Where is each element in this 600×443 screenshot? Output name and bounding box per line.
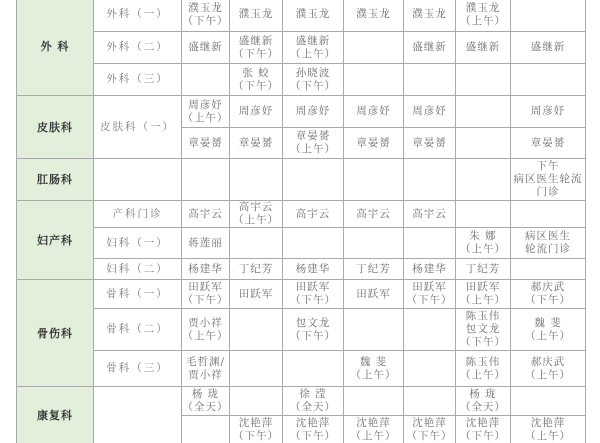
schedule-cell: [182, 159, 230, 201]
doctor-text: 沈艳萍: [511, 417, 585, 430]
department-cell: 骨伤科: [17, 280, 94, 387]
doctor-text: （上午）: [182, 330, 229, 343]
schedule-cell: 盛继新: [456, 32, 511, 64]
doctor-text: 周彦妤: [182, 99, 229, 112]
schedule-cell: 魏 斐（上午）: [511, 309, 586, 351]
doctor-text: （全天）: [182, 401, 229, 414]
schedule-cell: [182, 416, 230, 443]
schedule-cell: [404, 159, 456, 201]
schedule-cell: [344, 228, 404, 259]
subdepartment-cell: 外科（一）: [94, 0, 182, 32]
schedule-cell: 杨建华: [404, 259, 456, 280]
subdepartment-cell: 产科门诊: [94, 201, 182, 228]
schedule-cell: 濮玉龙: [230, 0, 283, 32]
subdepartment-cell: 骨科（一）: [94, 280, 182, 309]
doctor-text: 魏 斐: [344, 356, 403, 369]
subdepartment-cell: [94, 159, 182, 201]
schedule-cell: [344, 387, 404, 416]
doctor-text: 孙晓波: [283, 67, 343, 80]
schedule-cell: 章晏赟（上午）: [283, 128, 344, 159]
schedule-cell: 沈艳萍（下午）: [283, 416, 344, 443]
doctor-text: （上午）: [511, 330, 585, 343]
schedule-cell: [456, 201, 511, 228]
subdepartment-cell: 骨科（二）: [94, 309, 182, 351]
doctor-text: 章晏赟: [404, 137, 455, 150]
schedule-body: 外 科外科（一）濮玉龙（下午）濮玉龙濮玉龙濮玉龙濮玉龙濮玉龙（上午）外科（二）盛…: [17, 0, 586, 443]
schedule-cell: [283, 159, 344, 201]
doctor-text: 沈艳萍: [283, 417, 343, 430]
schedule-cell: 魏 斐（上午）: [344, 351, 404, 387]
table-row: 妇科（二）杨建华丁纪芳杨建华丁纪芳杨建华丁纪芳: [17, 259, 586, 280]
doctor-text: 濮玉龙: [283, 8, 343, 21]
doctor-text: 盛继新: [511, 41, 585, 54]
schedule-cell: [456, 64, 511, 96]
doctor-text: 郝庆武: [511, 281, 585, 294]
table-row: 外 科外科（一）濮玉龙（下午）濮玉龙濮玉龙濮玉龙濮玉龙濮玉龙（上午）: [17, 0, 586, 32]
doctor-text: 章晏赟: [283, 130, 343, 143]
department-cell: 肛肠科: [17, 159, 94, 201]
doctor-text: 丁纪芳: [456, 263, 510, 276]
table-row: 康复科杨 珑（全天）徐 滢（全天）杨 珑（全天）: [17, 387, 586, 416]
schedule-cell: [511, 0, 586, 32]
doctor-text: （上午）: [456, 243, 510, 256]
doctor-text: 周彦妤: [404, 105, 455, 118]
doctor-text: 盛继新: [283, 35, 343, 48]
schedule-cell: [230, 309, 283, 351]
schedule-cell: 章晏赟: [182, 128, 230, 159]
schedule-cell: [456, 159, 511, 201]
schedule-cell: [511, 64, 586, 96]
schedule-cell: 朱 娜（上午）: [456, 228, 511, 259]
doctor-text: 高宇云: [404, 208, 455, 221]
schedule-cell: 杨 珑（全天）: [182, 387, 230, 416]
doctor-text: 贾小祥: [182, 369, 229, 382]
schedule-cell: 周彦妤: [230, 96, 283, 128]
doctor-text: 包文龙: [283, 317, 343, 330]
schedule-cell: 濮玉龙: [404, 0, 456, 32]
schedule-cell: 丁纪芳: [456, 259, 511, 280]
doctor-text: 杨 珑: [456, 388, 510, 401]
doctor-text: 魏 斐: [511, 317, 585, 330]
schedule-cell: 章晏赟: [404, 128, 456, 159]
doctor-text: 田跃军: [283, 281, 343, 294]
schedule-cell: [404, 387, 456, 416]
schedule-cell: [456, 96, 511, 128]
schedule-cell: 沈艳萍（下午）: [404, 416, 456, 443]
schedule-cell: 盛继新（下午）: [230, 32, 283, 64]
department-cell: 皮肤科: [17, 96, 94, 159]
schedule-cell: 张 蛟（下午）: [230, 64, 283, 96]
schedule-cell: 贾小祥（上午）: [182, 309, 230, 351]
schedule-cell: 杨建华: [283, 259, 344, 280]
doctor-text: （上午）: [456, 369, 510, 382]
subdepartment-cell: 外科（二）: [94, 32, 182, 64]
doctor-text: 徐 滢: [283, 388, 343, 401]
doctor-text: 盛继新: [404, 41, 455, 54]
table-row: 骨科（二）贾小祥（上午）包文龙（下午）陈玉伟包文龙（下午）魏 斐（上午）: [17, 309, 586, 351]
schedule-cell: 杨建华: [182, 259, 230, 280]
doctor-text: 田跃军: [456, 281, 510, 294]
doctor-text: （全天）: [456, 401, 510, 414]
doctor-text: 濮玉龙: [404, 8, 455, 21]
schedule-cell: 盛继新（上午）: [283, 32, 344, 64]
schedule-cell: 田跃军: [344, 280, 404, 309]
doctor-text: 周彦妤: [344, 105, 403, 118]
doctor-text: 高宇云: [344, 208, 403, 221]
subdepartment-cell: 骨科（三）: [94, 351, 182, 387]
schedule-cell: 陈玉伟包文龙（下午）: [456, 309, 511, 351]
doctor-text: 病区医生轮流: [511, 173, 585, 186]
subdepartment-cell: [94, 387, 182, 443]
schedule-cell: 濮玉龙: [283, 0, 344, 32]
doctor-text: 田跃军: [230, 288, 282, 301]
schedule-cell: 沈艳萍（下午）: [230, 416, 283, 443]
doctor-text: 贾小祥: [182, 317, 229, 330]
schedule-cell: 田跃军（上午）: [456, 280, 511, 309]
doctor-text: （下午）: [182, 294, 229, 307]
doctor-text: 蒋莲丽: [182, 237, 229, 250]
doctor-text: 门诊: [511, 186, 585, 199]
table-row: 骨伤科骨科（一）田跃军（下午）田跃军田跃军（下午）田跃军田跃军（下午）田跃军（上…: [17, 280, 586, 309]
doctor-text: 陈玉伟: [456, 356, 510, 369]
doctor-text: （上午）: [283, 48, 343, 61]
doctor-text: （下午）: [230, 48, 282, 61]
schedule-cell: 濮玉龙（上午）: [456, 0, 511, 32]
doctor-text: （上午）: [511, 430, 585, 443]
table-row: 妇科（一）蒋莲丽朱 娜（上午）病区医生轮流门诊: [17, 228, 586, 259]
schedule-cell: 包文龙（下午）: [283, 309, 344, 351]
schedule-cell: [511, 201, 586, 228]
schedule-cell: 章晏赟: [511, 128, 586, 159]
schedule-cell: [456, 128, 511, 159]
doctor-text: 下午: [511, 160, 585, 173]
doctor-text: 病区医生: [511, 230, 585, 243]
doctor-text: 田跃军: [182, 281, 229, 294]
doctor-text: （下午）: [404, 430, 455, 443]
doctor-text: （上午）: [283, 143, 343, 156]
schedule-cell: 高宇云: [283, 201, 344, 228]
schedule-cell: 章晏赟: [230, 128, 283, 159]
doctor-text: 高宇云: [283, 208, 343, 221]
doctor-text: 丁纪芳: [344, 263, 403, 276]
table-row: 妇产科产科门诊高宇云高宇云（上午）高宇云高宇云高宇云: [17, 201, 586, 228]
schedule-table: 外 科外科（一）濮玉龙（下午）濮玉龙濮玉龙濮玉龙濮玉龙濮玉龙（上午）外科（二）盛…: [16, 0, 586, 443]
schedule-cell: 盛继新: [404, 32, 456, 64]
doctor-text: （下午）: [283, 430, 343, 443]
doctor-text: （下午）: [456, 336, 510, 349]
table-row: 外科（二）盛继新盛继新（下午）盛继新（上午）盛继新盛继新盛继新: [17, 32, 586, 64]
schedule-cell: 毛哲渊/贾小祥: [182, 351, 230, 387]
doctor-text: 田跃军: [404, 281, 455, 294]
doctor-text: 濮玉龙: [230, 8, 282, 21]
department-cell: 妇产科: [17, 201, 94, 280]
schedule-cell: [344, 309, 404, 351]
doctor-text: 沈艳萍: [230, 417, 282, 430]
schedule-cell: [344, 159, 404, 201]
table-row: 皮肤科皮肤科（一）周彦妤（上午）周彦妤周彦妤周彦妤周彦妤周彦妤: [17, 96, 586, 128]
doctor-text: （下午）: [283, 294, 343, 307]
doctor-text: 周彦妤: [283, 105, 343, 118]
doctor-text: 濮玉龙: [182, 2, 229, 15]
subdepartment-cell: 妇科（二）: [94, 259, 182, 280]
doctor-text: （上午）: [456, 294, 510, 307]
table-row: 肛肠科下午病区医生轮流门诊: [17, 159, 586, 201]
schedule-cell: 濮玉龙（下午）: [182, 0, 230, 32]
schedule-cell: 周彦妤: [283, 96, 344, 128]
schedule-cell: [511, 387, 586, 416]
doctor-text: 张 蛟: [230, 67, 282, 80]
doctor-text: 高宇云: [182, 208, 229, 221]
schedule-cell: 郝庆武（下午）: [511, 280, 586, 309]
doctor-text: 濮玉龙: [344, 8, 403, 21]
subdepartment-cell: 外科（三）: [94, 64, 182, 96]
doctor-text: （下午）: [230, 80, 282, 93]
doctor-text: 盛继新: [230, 35, 282, 48]
schedule-cell: [511, 259, 586, 280]
schedule-cell: 杨 珑（全天）: [456, 387, 511, 416]
table-row: 骨科（三）毛哲渊/贾小祥魏 斐（上午）陈玉伟（上午）郝庆武（上午）: [17, 351, 586, 387]
subdepartment-cell: 妇科（一）: [94, 228, 182, 259]
doctor-text: （上午）: [344, 430, 403, 443]
schedule-cell: 高宇云: [182, 201, 230, 228]
schedule-cell: 丁纪芳: [344, 259, 404, 280]
doctor-text: （下午）: [182, 15, 229, 28]
subdepartment-cell: 皮肤科（一）: [94, 96, 182, 159]
schedule-cell: [344, 32, 404, 64]
schedule-cell: [230, 351, 283, 387]
doctor-text: （上午）: [456, 15, 510, 28]
schedule-cell: [344, 64, 404, 96]
schedule-cell: 章晏赟: [344, 128, 404, 159]
schedule-cell: 盛继新: [511, 32, 586, 64]
doctor-text: （下午）: [404, 294, 455, 307]
doctor-text: 杨建华: [283, 263, 343, 276]
schedule-cell: 周彦妤（上午）: [182, 96, 230, 128]
doctor-text: 郝庆武: [511, 356, 585, 369]
doctor-text: 陈玉伟: [456, 310, 510, 323]
schedule-cell: 高宇云: [344, 201, 404, 228]
doctor-text: （下午）: [230, 430, 282, 443]
doctor-text: 沈艳萍: [456, 417, 510, 430]
schedule-cell: 周彦妤: [404, 96, 456, 128]
doctor-text: 杨 珑: [182, 388, 229, 401]
doctor-text: 包文龙: [456, 323, 510, 336]
schedule-cell: [230, 159, 283, 201]
schedule-cell: 田跃军: [230, 280, 283, 309]
doctor-text: （下午）: [511, 294, 585, 307]
doctor-text: （下午）: [283, 330, 343, 343]
schedule-cell: 陈玉伟（上午）: [456, 351, 511, 387]
schedule-cell: 高宇云: [404, 201, 456, 228]
schedule-cell: [283, 351, 344, 387]
department-cell: 外 科: [17, 0, 94, 96]
doctor-text: 朱 娜: [456, 230, 510, 243]
doctor-text: 盛继新: [182, 41, 229, 54]
doctor-text: 杨建华: [182, 263, 229, 276]
schedule-cell: 田跃军（下午）: [182, 280, 230, 309]
doctor-text: 杨建华: [404, 263, 455, 276]
doctor-text: 章晏赟: [344, 137, 403, 150]
doctor-text: 毛哲渊/: [182, 356, 229, 369]
schedule-cell: 病区医生轮流门诊: [511, 228, 586, 259]
schedule-cell: [230, 387, 283, 416]
doctor-text: 盛继新: [456, 41, 510, 54]
schedule-cell: 田跃军（下午）: [404, 280, 456, 309]
doctor-text: 沈艳萍: [344, 417, 403, 430]
doctor-text: 高宇云: [230, 201, 282, 214]
doctor-text: （上午）: [511, 369, 585, 382]
schedule-cell: 郝庆武（上午）: [511, 351, 586, 387]
schedule-cell: 沈艳萍（上午）: [511, 416, 586, 443]
doctor-text: 轮流门诊: [511, 243, 585, 256]
doctor-text: 章晏赟: [182, 137, 229, 150]
schedule-cell: [404, 351, 456, 387]
schedule-cell: [404, 309, 456, 351]
schedule-cell: 濮玉龙: [344, 0, 404, 32]
doctor-text: 周彦妤: [230, 105, 282, 118]
doctor-text: 章晏赟: [511, 137, 585, 150]
schedule-cell: 周彦妤: [511, 96, 586, 128]
doctor-text: （上午）: [344, 369, 403, 382]
department-cell: 康复科: [17, 387, 94, 443]
schedule-cell: 周彦妤: [344, 96, 404, 128]
schedule-cell: 蒋莲丽: [182, 228, 230, 259]
table-row: 外科（三）张 蛟（下午）孙晓波（下午）: [17, 64, 586, 96]
schedule-cell: [182, 64, 230, 96]
schedule-cell: 下午病区医生轮流门诊: [511, 159, 586, 201]
doctor-text: （上午）: [182, 112, 229, 125]
schedule-cell: 盛继新: [182, 32, 230, 64]
doctor-text: （下午）: [456, 430, 510, 443]
doctor-text: 田跃军: [344, 288, 403, 301]
schedule-cell: 孙晓波（下午）: [283, 64, 344, 96]
doctor-text: 章晏赟: [230, 137, 282, 150]
schedule-cell: [283, 228, 344, 259]
doctor-text: 沈艳萍: [404, 417, 455, 430]
schedule-cell: 丁纪芳: [230, 259, 283, 280]
schedule-cell: 徐 滢（全天）: [283, 387, 344, 416]
doctor-text: 周彦妤: [511, 105, 585, 118]
doctor-text: （全天）: [283, 401, 343, 414]
schedule-cell: 田跃军（下午）: [283, 280, 344, 309]
schedule-cell: 沈艳萍（下午）: [456, 416, 511, 443]
doctor-text: （上午）: [230, 214, 282, 227]
doctor-text: 濮玉龙: [456, 2, 510, 15]
schedule-cell: [404, 228, 456, 259]
schedule-cell: [404, 64, 456, 96]
doctor-text: 丁纪芳: [230, 263, 282, 276]
doctor-text: （下午）: [283, 80, 343, 93]
schedule-cell: [230, 228, 283, 259]
schedule-cell: 高宇云（上午）: [230, 201, 283, 228]
schedule-cell: 沈艳萍（上午）: [344, 416, 404, 443]
